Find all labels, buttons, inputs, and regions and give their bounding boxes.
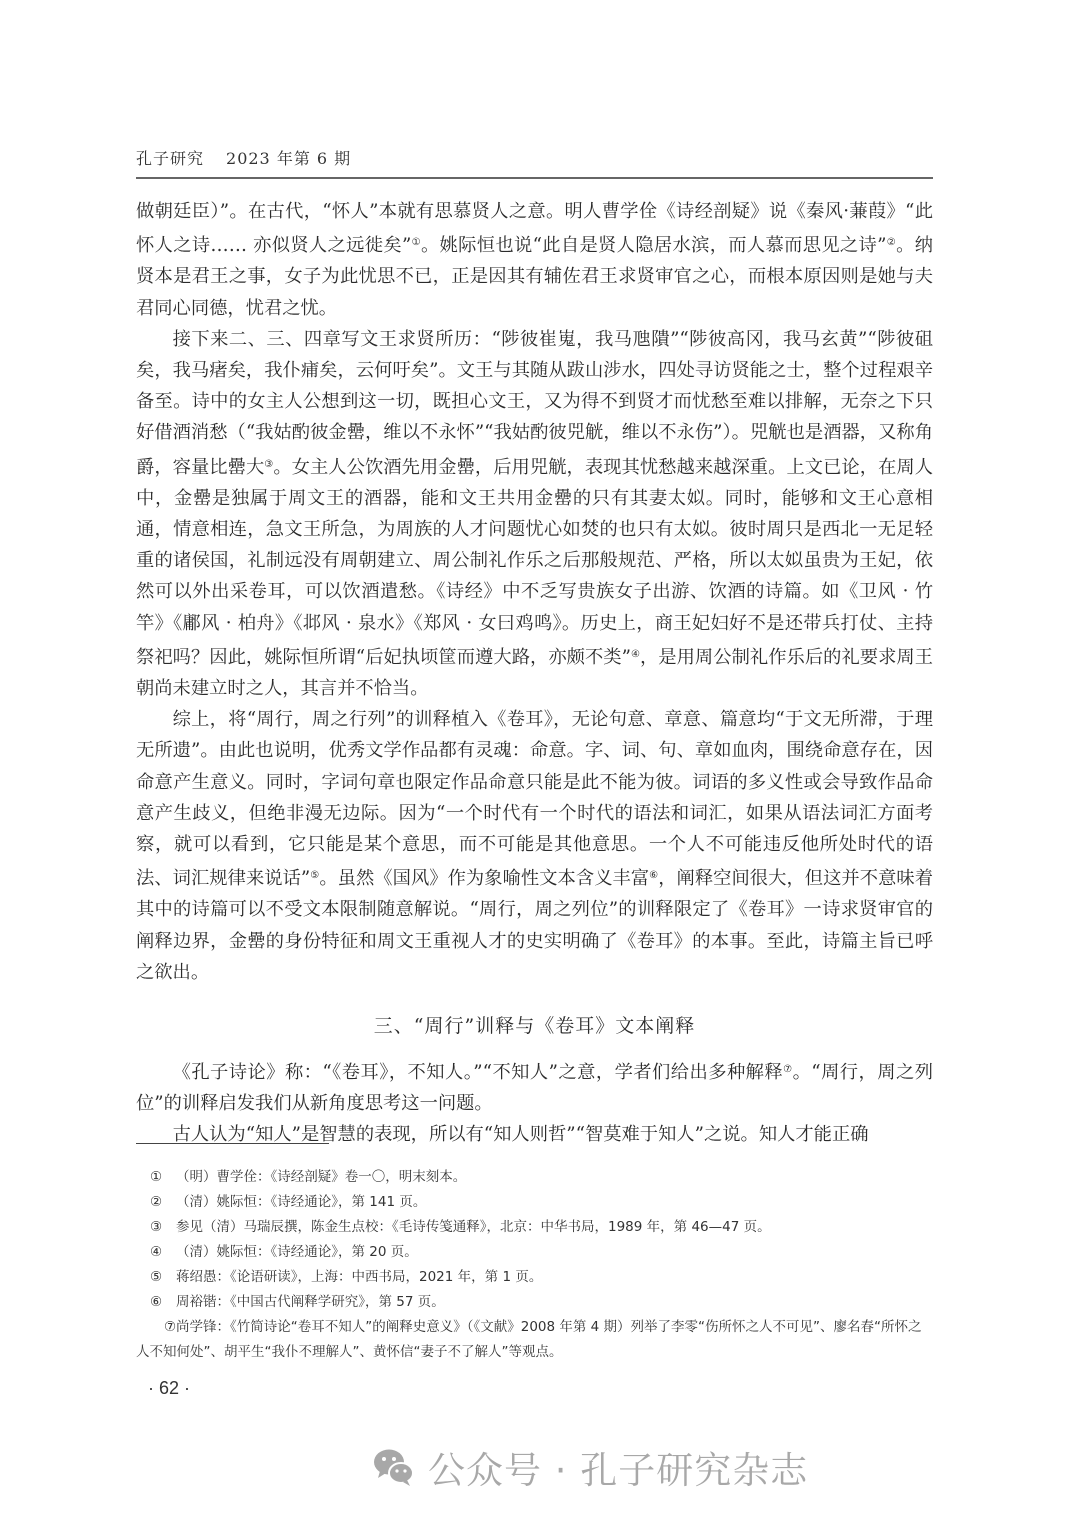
footnote-ref[interactable]: ③ [264,459,273,470]
page-number: · 62 · [148,1378,190,1399]
footnote-text: 尚学锋：《竹简诗论“卷耳不知人”的阐释史意义》（《文献》2008 年第 4 期）… [136,1319,922,1360]
article-body: 做朝廷臣）”。在古代，“怀人”本就有思慕贤人之意。明人曹学佺《诗经剖疑》说《秦风… [136,196,933,1151]
footnote-ref[interactable]: ⑤ [310,870,319,881]
footnote-item: ①（明）曹学佺：《诗经剖疑》卷一〇，明末刻本。 [136,1165,933,1190]
wechat-icon [372,1447,416,1487]
footnote-item: ⑤蒋绍愚：《论语研读》，上海：中西书局，2021 年，第 1 页。 [136,1265,933,1290]
text-run: 《孔子诗论》称：“《卷耳》，不知人。”“不知人”之意，学者们给出多种解释 [173,1062,784,1083]
footnote-item: ⑦尚学锋：《竹简诗论“卷耳不知人”的阐释史意义》（《文献》2008 年第 4 期… [136,1315,933,1365]
footnote-ref[interactable]: ① [411,237,421,248]
text-run: 接下来二、三、四章写文王求贤所历：“陟彼崔嵬，我马虺隤”“陟彼高冈，我马玄黄”“… [136,329,933,478]
footnote-item: ②（清）姚际恒：《诗经通论》，第 141 页。 [136,1190,933,1215]
text-run: 。虽然《国风》作为象喻性文本含义丰富 [319,868,649,889]
paragraph: 古人认为“知人”是智慧的表现，所以有“知人则哲”“智莫难于知人”之说。知人才能正… [136,1119,933,1150]
footnote-item: ④（清）姚际恒：《诗经通论》，第 20 页。 [136,1240,933,1265]
footnote-item: ⑥周裕锴：《中国古代阐释学研究》，第 57 页。 [136,1290,933,1315]
paragraph: 综上，将“周行，周之行列”的训释植入《卷耳》，无论句意、章意、篇意均“于文无所滞… [136,704,933,988]
running-header: 孔子研究2023 年第 6 期 [136,146,933,179]
footnote-mark: ③ [150,1215,176,1240]
text-run: 综上，将“周行，周之行列”的训释植入《卷耳》，无论句意、章意、篇意均“于文无所滞… [136,709,933,889]
footnote-ref[interactable]: ⑦ [783,1064,792,1075]
footnote-mark: ⑦ [150,1315,176,1340]
footnote-mark: ⑤ [150,1265,176,1290]
footnote-mark: ④ [150,1240,176,1265]
footnote-ref[interactable]: ② [886,237,896,248]
issue-label: 2023 年第 6 期 [226,149,351,168]
text-run: 。姚际恒也说“此自是贤人隐居水滨，而人慕而思见之诗” [421,235,887,256]
footnote-mark: ② [150,1190,176,1215]
paragraph: 接下来二、三、四章写文王求贤所历：“陟彼崔嵬，我马虺隤”“陟彼高冈，我马玄黄”“… [136,324,933,704]
footnote-mark: ⑥ [150,1290,176,1315]
text-run: 。女主人公饮酒先用金罍，后用兕觥，表现其忧愁越来越深重。上文已论，在周人中，金罍… [136,457,933,668]
footnote-text: （明）曹学佺：《诗经剖疑》卷一〇，明末刻本。 [176,1169,466,1185]
paragraph: 做朝廷臣）”。在古代，“怀人”本就有思慕贤人之意。明人曹学佺《诗经剖疑》说《秦风… [136,196,933,324]
footnote-divider [136,1143,329,1144]
footnote-text: 参见（清）马瑞辰撰，陈金生点校：《毛诗传笺通释》，北京：中华书局，1989 年，… [176,1219,771,1235]
paragraphs-container: 做朝廷臣）”。在古代，“怀人”本就有思慕贤人之意。明人曹学佺《诗经剖疑》说《秦风… [136,196,933,988]
footnotes: ①（明）曹学佺：《诗经剖疑》卷一〇，明末刻本。②（清）姚际恒：《诗经通论》，第 … [136,1165,933,1365]
footnote-text: （清）姚际恒：《诗经通论》，第 20 页。 [176,1244,418,1260]
footnote-ref[interactable]: ④ [631,649,640,660]
footnote-text: 蒋绍愚：《论语研读》，上海：中西书局，2021 年，第 1 页。 [176,1269,542,1285]
footnote-text: 周裕锴：《中国古代阐释学研究》，第 57 页。 [176,1294,445,1310]
journal-name: 孔子研究 [136,149,204,168]
footnote-ref[interactable]: ⑥ [649,870,658,881]
watermark: 公众号 · 孔子研究杂志 [372,1440,808,1494]
paragraph: 《孔子诗论》称：“《卷耳》，不知人。”“不知人”之意，学者们给出多种解释⑦。“周… [136,1054,933,1119]
footnote-mark: ① [150,1165,176,1190]
section-heading: 三、“周行”训释与《卷耳》文本阐释 [136,1010,933,1042]
footnote-text: （清）姚际恒：《诗经通论》，第 141 页。 [176,1194,426,1210]
footnote-item: ③参见（清）马瑞辰撰，陈金生点校：《毛诗传笺通释》，北京：中华书局，1989 年… [136,1215,933,1240]
watermark-text: 公众号 · 孔子研究杂志 [428,1440,808,1494]
section-paragraphs-container: 《孔子诗论》称：“《卷耳》，不知人。”“不知人”之意，学者们给出多种解释⑦。“周… [136,1054,933,1151]
